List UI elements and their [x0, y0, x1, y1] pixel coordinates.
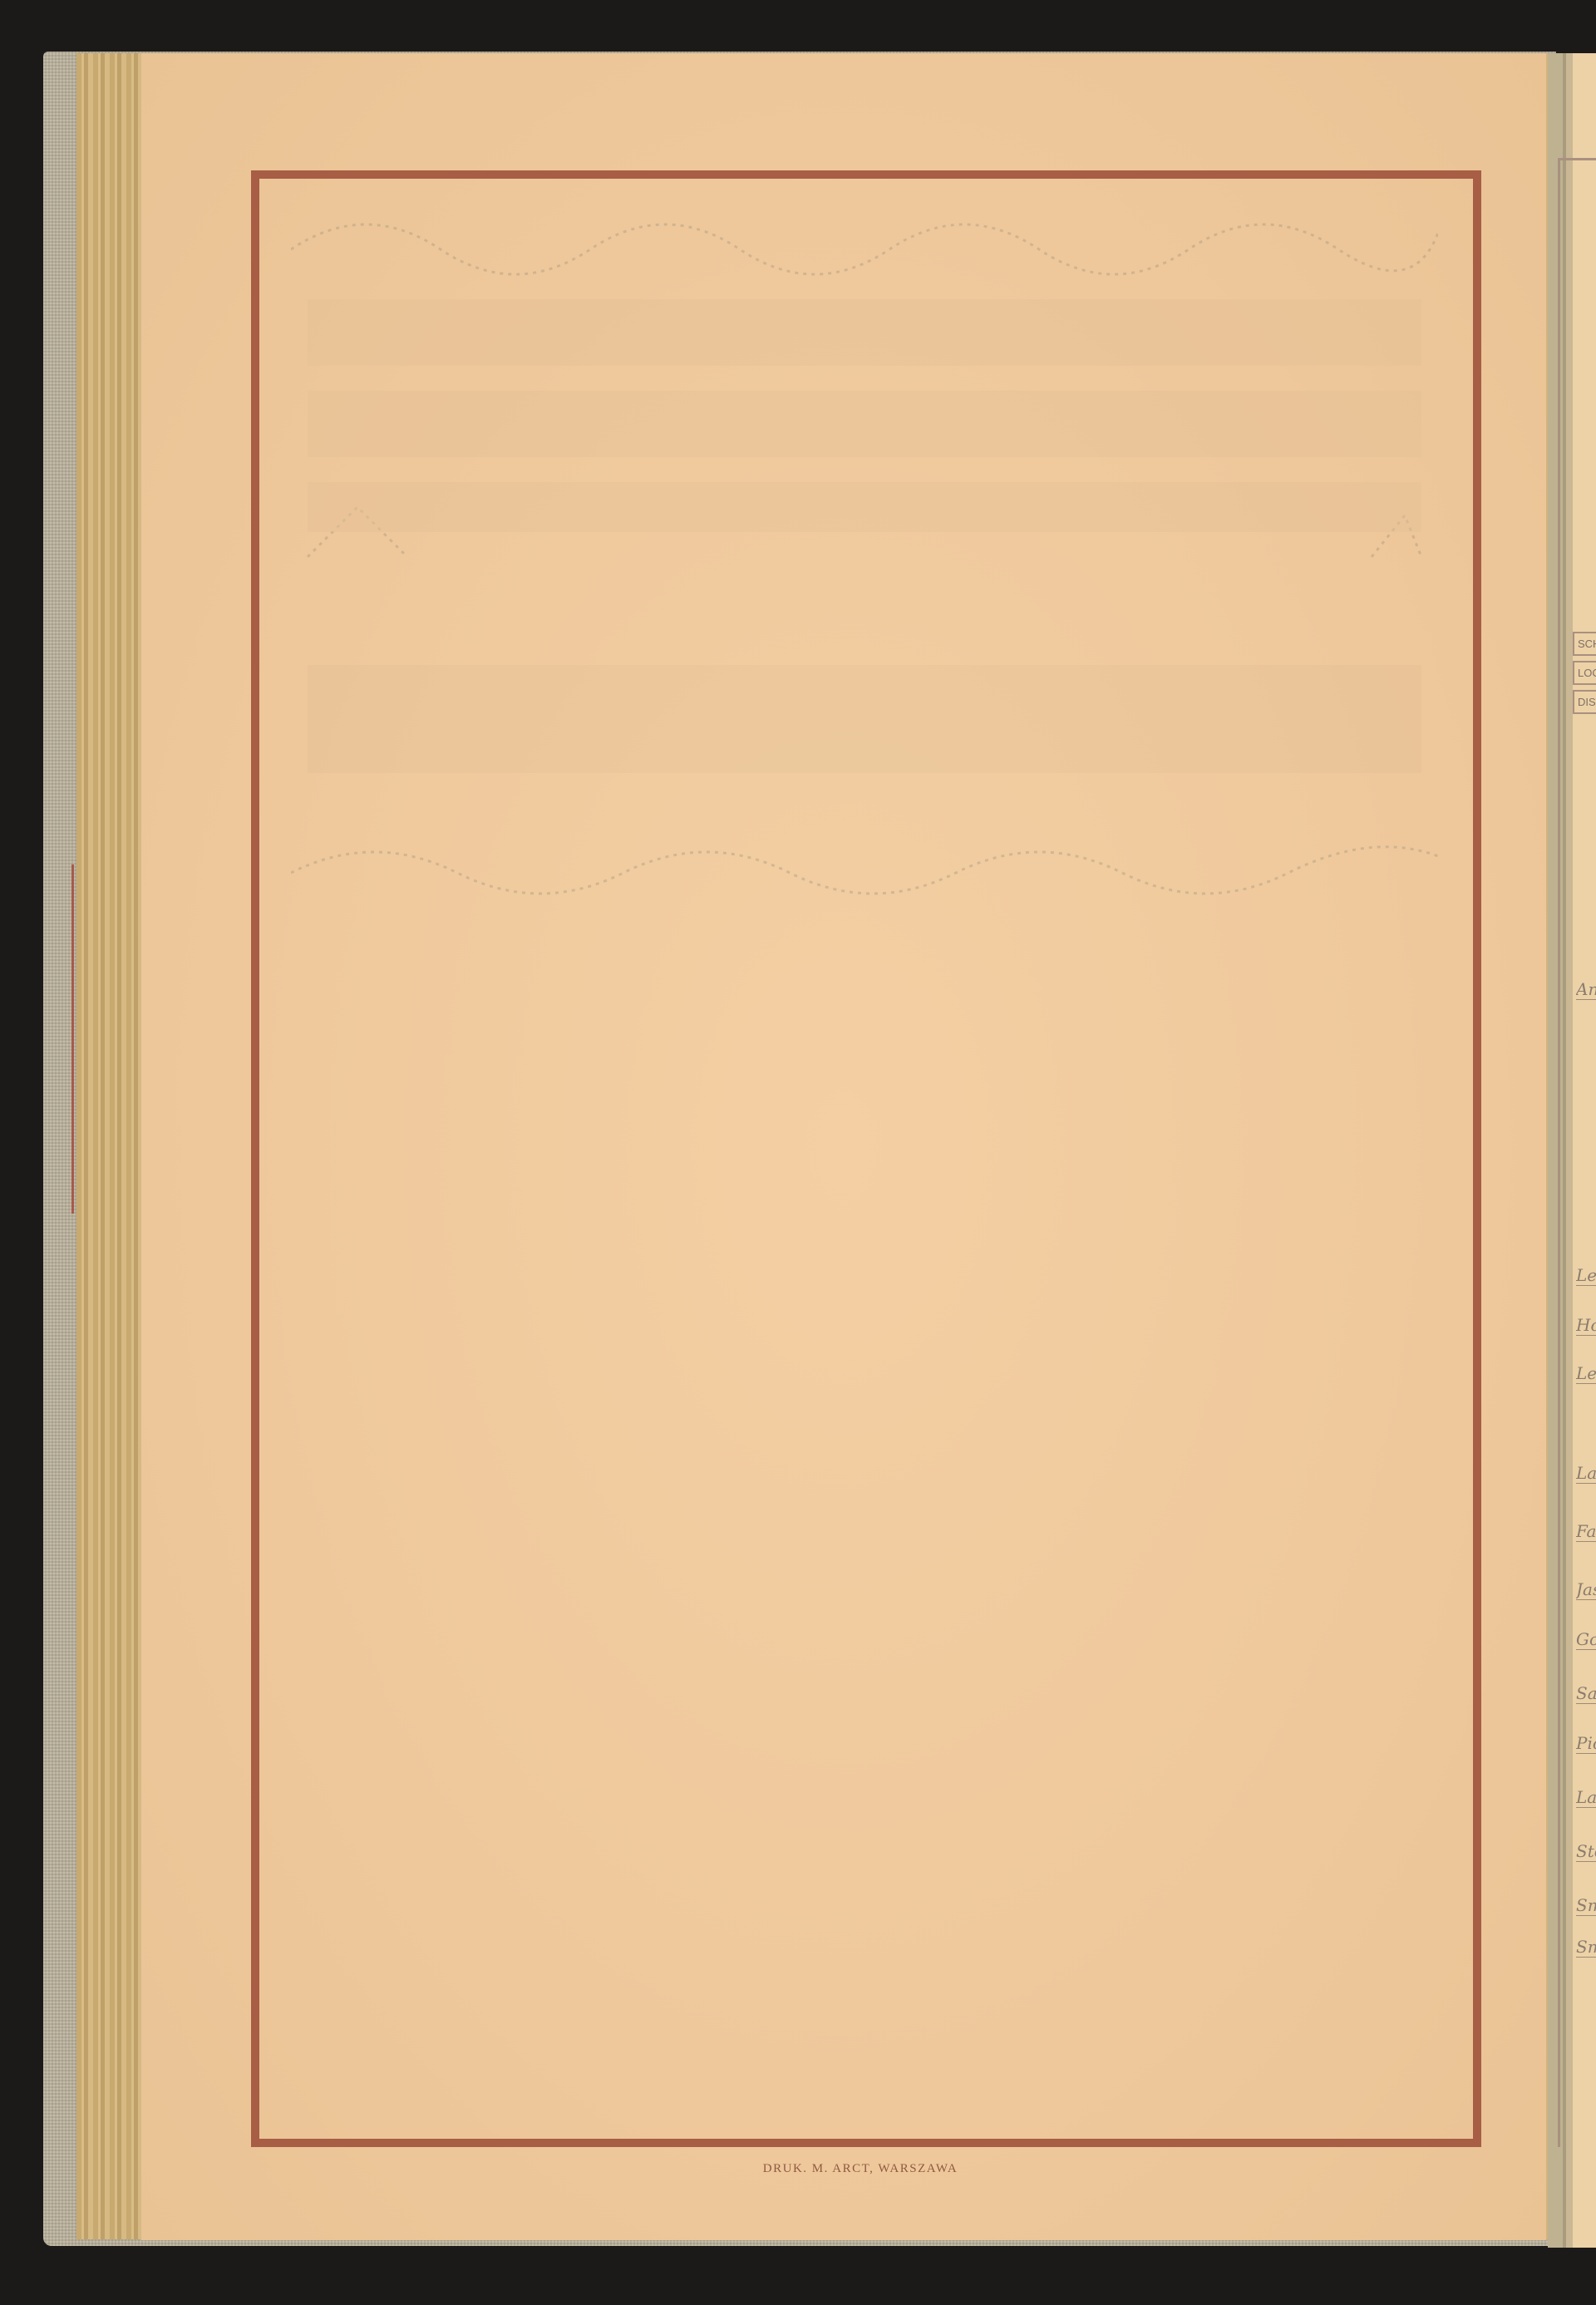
printed-border-frame — [251, 170, 1481, 2147]
handwritten-entry: Stolo — [1576, 1841, 1596, 1862]
handwritten-entry: Lehoc — [1576, 1363, 1596, 1384]
handwritten-entry: Anna — [1576, 979, 1596, 1000]
label-district: DISTR POWI — [1573, 690, 1596, 714]
handwritten-entry: Jasko — [1576, 1579, 1596, 1600]
handwritten-entry: Hojan — [1576, 1315, 1596, 1336]
label-locality: LOCAL MIEJS — [1573, 661, 1596, 685]
handwritten-entry: Lanie — [1576, 1463, 1596, 1484]
next-page-labels: SCHOO SZKO LOCAL MIEJS DISTR POWI — [1573, 632, 1596, 719]
handwritten-entry: Piotr — [1576, 1733, 1596, 1754]
handwritten-entry: Sadoc — [1576, 1683, 1596, 1704]
handwritten-entry: Smole — [1576, 1937, 1596, 1958]
handwritten-entry: Smuro — [1576, 1895, 1596, 1916]
page-edges — [76, 53, 143, 2239]
printer-imprint: DRUK. M. ARCT, WARSZAWA — [0, 2162, 1596, 2176]
handwritten-entry: Gorts — [1576, 1629, 1596, 1650]
handwritten-entry: Leona — [1576, 1265, 1596, 1286]
label-school: SCHOO SZKO — [1573, 632, 1596, 656]
binding-thread — [71, 864, 74, 1214]
handwritten-entry: Fanna — [1576, 1521, 1596, 1542]
handwritten-entry: Laskow — [1576, 1787, 1596, 1808]
